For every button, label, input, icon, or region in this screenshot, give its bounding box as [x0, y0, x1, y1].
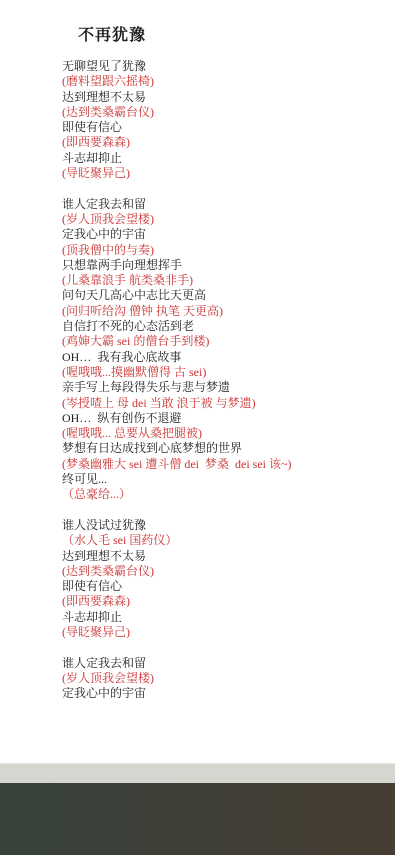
phonetic-line: (岑授喳上 母 dei 当敢 浪于被 与梦遗) — [62, 396, 395, 411]
phonetic-line: (导眨聚异己) — [62, 625, 395, 640]
lyric-line: 谁人没试过犹豫 — [62, 518, 395, 533]
lyric-line: 谁人定我去和留 — [62, 656, 395, 671]
phonetic-line: (顶我僧中的与奏) — [62, 243, 395, 258]
phonetic-line: (即西要森森) — [62, 594, 395, 609]
phonetic-line: （总豪给...） — [62, 487, 395, 502]
lyric-line: 达到理想不太易 — [62, 549, 395, 564]
lyric-line: 定我心中的宇宙 — [62, 227, 395, 242]
lyric-line: 亲手写上每段得失乐与悲与梦遗 — [62, 380, 395, 395]
phonetic-line: (即西要森森) — [62, 135, 395, 150]
blank-line — [62, 181, 395, 196]
lyric-line: 即使有信心 — [62, 120, 395, 135]
lyric-line: 无聊望见了犹豫 — [62, 59, 395, 74]
lyrics-content: 不再犹豫 无聊望见了犹豫(磨料望跟六摇椅)达到理想不太易(达到类桑霸台仪)即使有… — [0, 0, 395, 701]
phonetic-line: (问归听给沟 僧钟 执笔 天更高) — [62, 304, 395, 319]
phonetic-line: (磨料望跟六摇椅) — [62, 74, 395, 89]
phonetic-line: (达到类桑霸台仪) — [62, 105, 395, 120]
lyric-line: 终可见... — [62, 472, 395, 487]
phonetic-line: (岁人顶我会望楼) — [62, 212, 395, 227]
blank-line — [62, 640, 395, 655]
blank-line — [62, 503, 395, 518]
phonetic-line: (岁人顶我会望楼) — [62, 671, 395, 686]
lyric-line: 即使有信心 — [62, 579, 395, 594]
lyric-line: 斗志却抑止 — [62, 610, 395, 625]
phonetic-line: (梦桑幽雅大 sei 遭斗僧 dei 梦桑 dei sei 该~) — [62, 457, 395, 472]
lyric-line: 自信打不死的心态活到老 — [62, 319, 395, 334]
lyric-line: 只想靠两手向理想挥手 — [62, 258, 395, 273]
lyric-line: 谁人定我去和留 — [62, 197, 395, 212]
phonetic-line: (达到类桑霸台仪) — [62, 564, 395, 579]
lyrics-lines: 无聊望见了犹豫(磨料望跟六摇椅)达到理想不太易(达到类桑霸台仪)即使有信心(即西… — [62, 59, 395, 701]
lyric-line: 问句天几高心中志比天更高 — [62, 288, 395, 303]
lyric-line: OH… 纵有创伤不退避 — [62, 411, 395, 426]
phonetic-line: (儿桑靠浪手 航类桑非手) — [62, 273, 395, 288]
lyric-line: 达到理想不太易 — [62, 90, 395, 105]
lyric-line: OH… 我有我心底故事 — [62, 350, 395, 365]
lyric-line: 斗志却抑止 — [62, 151, 395, 166]
song-title: 不再犹豫 — [78, 22, 395, 45]
phonetic-line: （水人毛 sei 国药仪） — [62, 533, 395, 548]
phonetic-line: (导眨聚异己) — [62, 166, 395, 181]
lyric-line: 梦想有日达成找到心底梦想的世界 — [62, 441, 395, 456]
phonetic-line: (喔哦哦...摸幽默僧得 古 sei) — [62, 365, 395, 380]
lyric-line: 定我心中的宇宙 — [62, 686, 395, 701]
bottom-light-band — [0, 763, 395, 784]
lyrics-page: 不再犹豫 无聊望见了犹豫(磨料望跟六摇椅)达到理想不太易(达到类桑霸台仪)即使有… — [0, 0, 395, 855]
phonetic-line: (喔哦哦... 总要从桑把腿被) — [62, 426, 395, 441]
phonetic-line: (鸡婶大霸 sei 的僧台手到楼) — [62, 334, 395, 349]
bottom-dark-band — [0, 783, 395, 855]
